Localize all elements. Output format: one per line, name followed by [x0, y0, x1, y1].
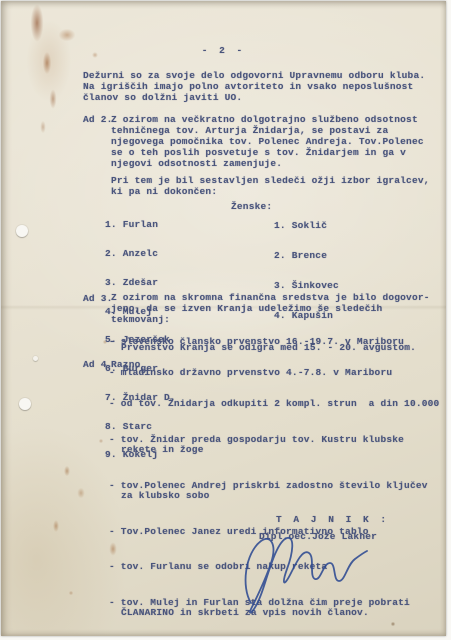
section-ad4-title: Razno — [111, 359, 141, 370]
signature-role-title: T A J N I K : — [276, 514, 389, 525]
misc-item: - tov.Polenec Andrej priskrbi zadostno š… — [109, 481, 444, 501]
list-item: 1. Furlan — [105, 220, 176, 230]
punch-hole-top — [16, 225, 28, 237]
list-item: 2. Anzelc — [105, 249, 176, 259]
scanned-document: - 2 - Dežurni so za svoje delo odgovorni… — [0, 0, 451, 640]
list-item: 3. Zdešar — [105, 278, 176, 288]
page-number: - 2 - — [1, 45, 446, 56]
section-ad2-body: Z ozirom na večkratno dolgotrajno službe… — [111, 114, 441, 169]
list-item: 1. Soklič — [274, 221, 339, 231]
paper-fleck — [33, 356, 38, 361]
list-item: 3. Šinkovec — [274, 281, 339, 291]
misc-item: - tov. Žnidar preda gospodarju tov. Kust… — [109, 435, 444, 455]
handwritten-signature-ink — [231, 525, 381, 620]
list-item: 2. Brence — [274, 251, 339, 261]
misc-item: - od tov. Žnidarja odkupiti 2 kompl. str… — [109, 399, 444, 409]
ad3-note: Prvenstvo Kranja se odigra med 15. - 20.… — [121, 342, 446, 353]
players-selection-intro: Pri tem je bil sestavljen sledeči ožji i… — [111, 175, 446, 197]
punch-hole-bottom — [19, 398, 31, 410]
intro-paragraph: Dežurni so za svoje delo odgovorni Uprav… — [83, 70, 433, 103]
paper-sheet: - 2 - Dežurni so za svoje delo odgovorni… — [1, 1, 446, 636]
women-list-label: Ženske: — [231, 201, 272, 212]
